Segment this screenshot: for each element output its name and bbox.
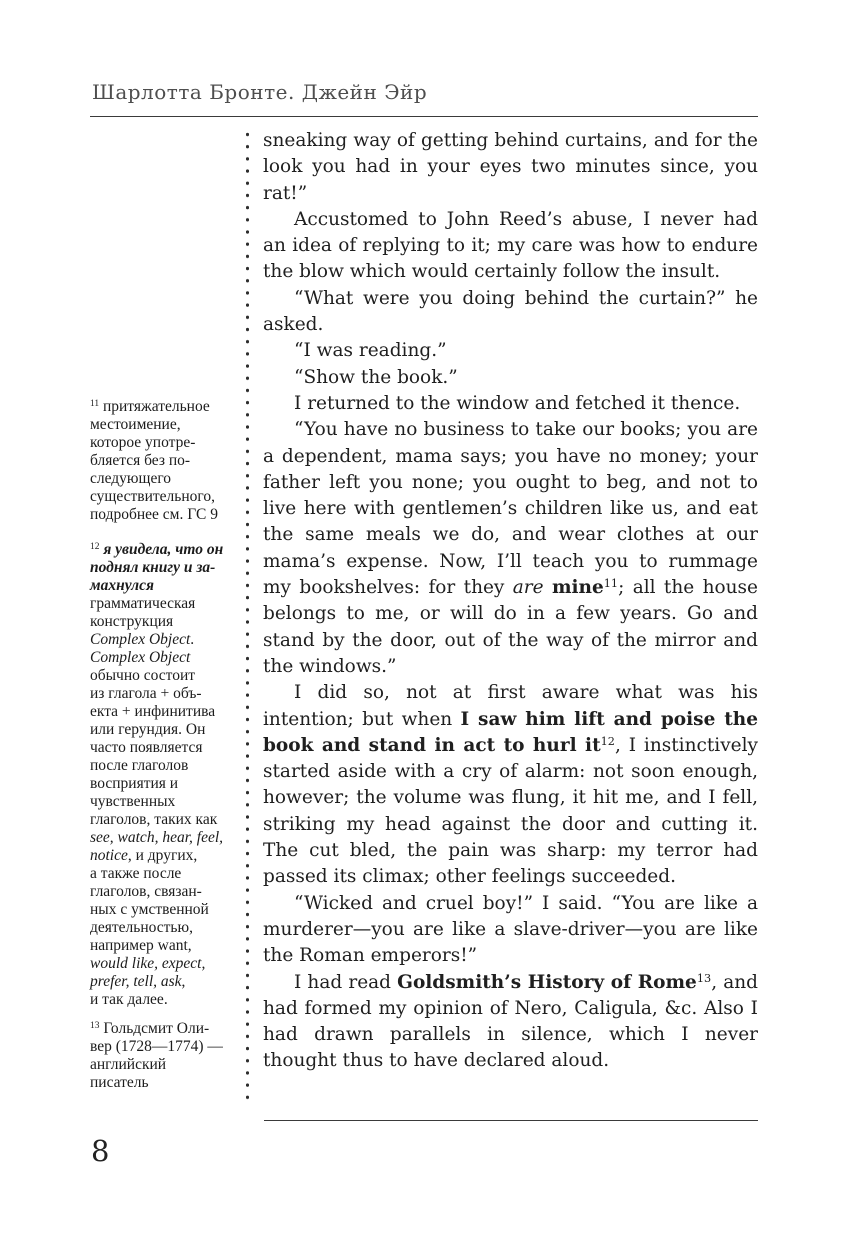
footer-rule bbox=[264, 1120, 758, 1121]
header-rule bbox=[90, 116, 758, 117]
paragraph: “You have no business to take our books;… bbox=[263, 417, 758, 680]
paragraph: “I was reading.” bbox=[263, 338, 758, 364]
margin-note-13: 13 Гольдсмит Оли- вер (1728—1774) — англ… bbox=[90, 1020, 246, 1092]
paragraph: I had read Goldsmith’s History of Rome13… bbox=[263, 970, 758, 1075]
margin-note-12: 12 я увидела, что он поднял книгу и за- … bbox=[90, 541, 246, 1009]
page-number: 8 bbox=[91, 1134, 109, 1168]
margin-note-11: 11 притяжательное местоимение, которое у… bbox=[90, 398, 246, 524]
paragraph: “Show the book.” bbox=[263, 365, 758, 391]
paragraph: I did so, not at first aware what was hi… bbox=[263, 680, 758, 890]
margin-notes-column: 11 притяжательное местоимение, которое у… bbox=[90, 130, 246, 1120]
main-text-column: sneaking way of getting behind curtains,… bbox=[263, 128, 758, 1075]
paragraph: I returned to the window and fetched it … bbox=[263, 391, 758, 417]
dotted-separator bbox=[246, 132, 249, 1106]
paragraph: “What were you doing behind the curtain?… bbox=[263, 286, 758, 339]
running-header: Шарлотта Бронте. Джейн Эйр bbox=[92, 80, 427, 104]
book-page: Шарлотта Бронте. Джейн Эйр 11 притяжател… bbox=[0, 0, 845, 1241]
paragraph: “Wicked and cruel boy!” I said. “You are… bbox=[263, 891, 758, 970]
paragraph: sneaking way of getting behind curtains,… bbox=[263, 128, 758, 207]
paragraph: Accustomed to John Reed’s abuse, I never… bbox=[263, 207, 758, 286]
